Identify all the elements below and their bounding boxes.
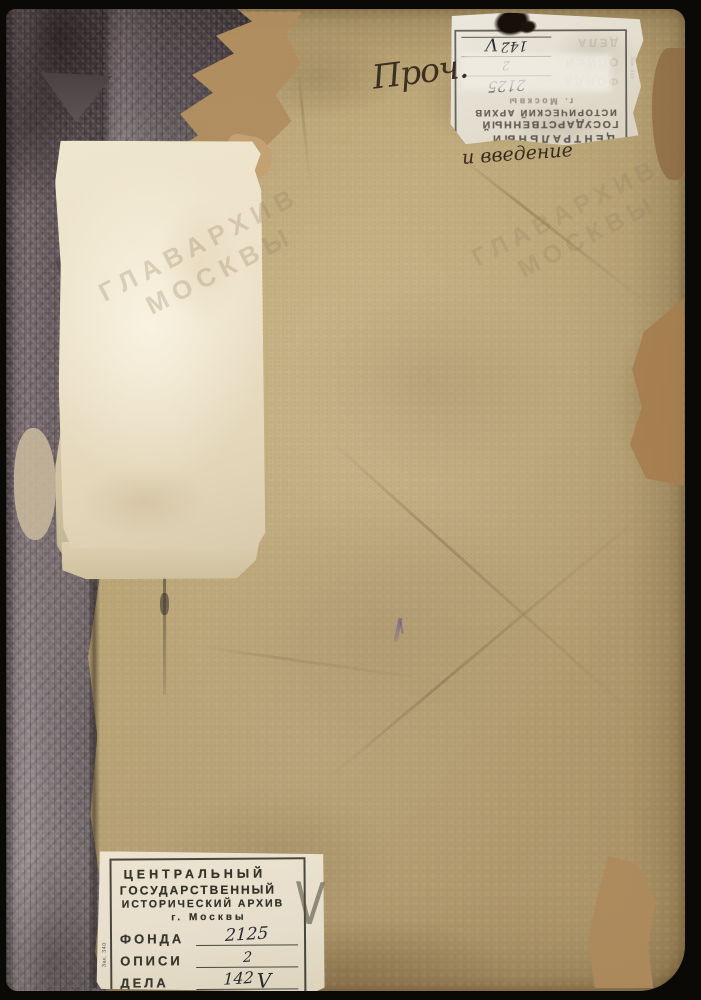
worn-paper-area: [461, 52, 611, 92]
stain-drip-mark: [163, 575, 166, 695]
stamp-field-row: ФОНДА 2125: [120, 929, 298, 947]
stamp-field-row: ДЕЛА 142V: [120, 973, 298, 991]
watermark-line: МОСКВЫ: [513, 180, 679, 285]
torn-stamp-label-top-right: ЦЕНТРАЛЬНЫЙ ГОСУДАРСТВЕННЫЙ ИСТОРИЧЕСКИЙ…: [450, 12, 643, 146]
stamp-print-code: Зак. 340: [102, 942, 108, 967]
stamp-title-line: ГОСУДАРСТВЕННЫЙ: [462, 118, 619, 132]
pencil-check-mark: V: [294, 870, 326, 939]
archive-stamp-label-bottom-left: ЦЕНТРАЛЬНЫЙ ГОСУДАРСТВЕННЫЙ ИСТОРИЧЕСКИЙ…: [97, 851, 326, 991]
crease-line: [457, 154, 656, 310]
spine-hinge-shadow: [88, 520, 100, 988]
crease-line: [327, 437, 649, 727]
field-label: ОПИСИ: [120, 953, 196, 969]
violet-ink-mark: [394, 618, 403, 642]
torn-patch-bottom-right: [588, 856, 656, 988]
stamp-print-code: Зак. 340: [629, 57, 635, 79]
stamp-title-line: ГОСУДАРСТВЕННЫЙ: [120, 882, 298, 898]
stamp-field-row: ДЕЛА 142V: [461, 36, 618, 52]
worn-edge-patch-right-middle: [630, 298, 684, 486]
watermark-line: ГЛАВАРХИВ: [467, 153, 665, 275]
field-label: ДЕЛА: [120, 975, 196, 991]
archive-watermark: ГЛАВАРХИВ МОСКВЫ: [467, 153, 679, 302]
field-label: ФОНДА: [120, 931, 196, 947]
stamp-city-line: г. Москвы: [462, 94, 619, 106]
stamp-title-line: ЦЕНТРАЛЬНЫЙ: [124, 866, 298, 883]
handwritten-annotation: и введение: [461, 139, 573, 169]
stamp-title-line: ИСТОРИЧЕСКИЙ АРХИВ: [462, 106, 617, 118]
scanned-archive-book-cover: ГЛАВАРХИВ МОСКВЫ ГЛАВАРХИВ МОСКВЫ ЦЕНТРА…: [0, 0, 701, 1000]
handwritten-fond-number: 2125: [225, 926, 269, 946]
crease-line: [327, 501, 658, 780]
crease-line: [198, 645, 456, 684]
stamp-border-box: ЦЕНТРАЛЬНЫЙ ГОСУДАРСТВЕННЫЙ ИСТОРИЧЕСКИЙ…: [109, 857, 306, 991]
stamp-city-line: г. Москвы: [120, 911, 298, 925]
check-mark: V: [257, 971, 272, 991]
book-cover-board: ГЛАВАРХИВ МОСКВЫ ГЛАВАРХИВ МОСКВЫ ЦЕНТРА…: [6, 9, 685, 991]
worn-edge-patch-right-top: [652, 48, 685, 180]
spine-worn-paper-patch: [14, 428, 56, 540]
blank-paper-label: [54, 137, 267, 553]
field-label: ДЕЛА: [551, 36, 618, 49]
handwritten-delo-number: 142: [223, 970, 254, 988]
stamp-title-line: ИСТОРИЧЕСКИЙ АРХИВ: [122, 897, 298, 911]
crease-line: [297, 68, 313, 188]
handwritten-opis-number: 2: [242, 951, 252, 966]
archive-stamp: ЦЕНТРАЛЬНЫЙ ГОСУДАРСТВЕННЫЙ ИСТОРИЧЕСКИЙ…: [109, 857, 306, 991]
